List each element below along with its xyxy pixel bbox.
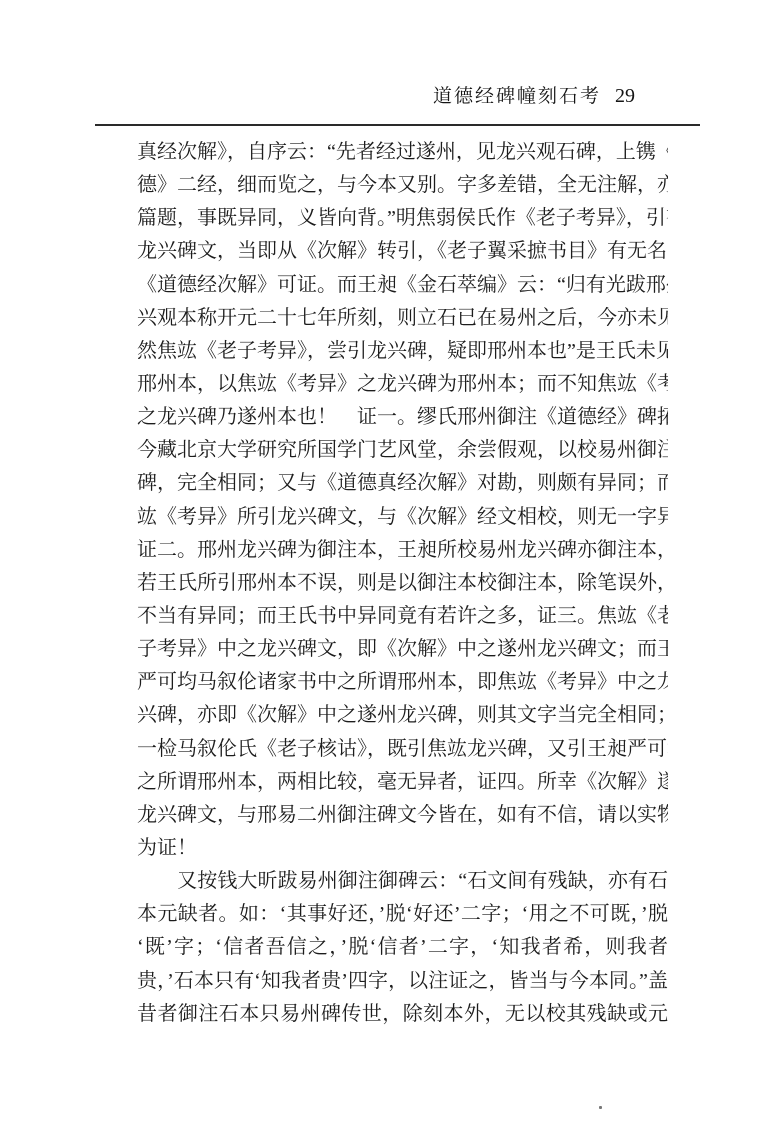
- text-line-14: 若王氏所引邢州本不误，则是以御注本校御注本，除笔误外，: [137, 567, 668, 600]
- text-line-5: 《道德经次解》可证。而王昶《金石萃编》云：“归有光跋邢州龙: [137, 269, 668, 302]
- text-line-12: 竑《考异》所引龙兴碑文，与《次解》经文相校，则无一字异者，: [137, 501, 668, 534]
- text-line-13: 证二。邢州龙兴碑为御注本，王昶所校易州龙兴碑亦御注本，: [137, 534, 668, 567]
- text-line-17: 严可均马叙伦诸家书中之所谓邢州本，即焦竑《考异》中之龙: [137, 666, 668, 699]
- text-line-2: 德》二经，细而览之，与今本又别。字多差错，全无注解，亦无: [137, 169, 668, 202]
- text-line-26: 贵，’石本只有‘知我者贵’四字，以注证之，皆当与今本同。”盖: [137, 965, 668, 998]
- text-line-11: 碑，完全相同；又与《道德真经次解》对勘，则颇有异同；而以焦: [137, 467, 668, 500]
- text-line-27: 昔者御注石本只易州碑传世，除刻本外，无以校其残缺或元: [137, 998, 668, 1031]
- body-text: 真经次解》，自序云：“先者经过遂州，见龙兴观石碑，上镌《道 德》二经，细而览之，…: [137, 136, 668, 1031]
- running-header-title: 道德经碑幢刻石考: [433, 86, 601, 107]
- text-line-16: 子考异》中之龙兴碑文，即《次解》中之遂州龙兴碑文；而王昶: [137, 633, 668, 666]
- page-number: 29: [615, 85, 635, 107]
- running-header: 道德经碑幢刻石考29: [95, 84, 635, 109]
- text-line-4: 龙兴碑文，当即从《次解》转引，《老子翼采摭书目》有无名氏: [137, 235, 668, 268]
- text-line-1: 真经次解》，自序云：“先者经过遂州，见龙兴观石碑，上镌《道: [137, 136, 668, 169]
- text-line-23: 又按钱大昕跋易州御注御碑云：“石文间有残缺，亦有石: [137, 865, 668, 898]
- text-line-24: 本元缺者。如：‘其事好还，’脱‘好还’二字；‘用之不可既，’脱: [137, 898, 668, 931]
- text-line-20: 之所谓邢州本，两相比较，毫无异者，证四。所幸《次解》遂州: [137, 766, 668, 799]
- header-rule: [95, 124, 700, 126]
- scanned-book-page: 道德经碑幢刻石考29 真经次解》，自序云：“先者经过遂州，见龙兴观石碑，上镌《道…: [0, 0, 763, 1122]
- text-line-25: ‘既’字；‘信者吾信之，’脱‘信者’二字，‘知我者希，则我者: [137, 931, 668, 964]
- text-line-10: 今藏北京大学研究所国学门艺风堂，余尝假观，以校易州御注: [137, 434, 668, 467]
- text-line-19: 一检马叙伦氏《老子核诂》，既引焦竑龙兴碑，又引王昶严可均: [137, 733, 668, 766]
- text-line-6: 兴观本称开元二十七年所刻，则立石已在易州之后，今亦未见: [137, 302, 668, 335]
- text-line-15: 不当有异同；而王氏书中异同竟有若许之多，证三。焦竑《老: [137, 600, 668, 633]
- scan-artifact-dot: [599, 1106, 602, 1109]
- text-line-21: 龙兴碑文，与邢易二州御注碑文今皆在，如有不信，请以实物: [137, 799, 668, 832]
- text-line-8: 邢州本，以焦竑《考异》之龙兴碑为邢州本；而不知焦竑《考异》: [137, 368, 668, 401]
- text-line-22: 为证！: [137, 832, 668, 865]
- text-line-7: 然焦竑《老子考异》，尝引龙兴碑，疑即邢州本也”是王氏未见: [137, 335, 668, 368]
- text-line-9: 之龙兴碑乃遂州本也！ 证一。缪氏邢州御注《道德经》碑拓，: [137, 401, 668, 434]
- text-line-3: 篇题，事既异同，义皆向背。”明焦弱侯氏作《老子考异》，引有: [137, 202, 668, 235]
- text-line-18: 兴碑，亦即《次解》中之遂州龙兴碑，则其文字当完全相同；试: [137, 699, 668, 732]
